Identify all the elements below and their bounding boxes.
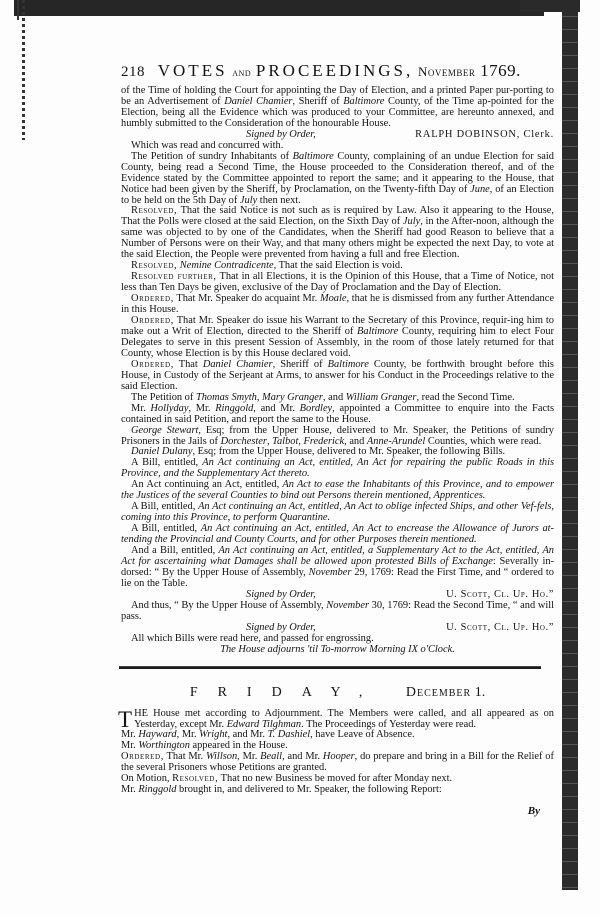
paragraph-ordered-chamier: Ordered, That Daniel Chamier, Sheriff of… xyxy=(121,360,554,393)
bill-quarantine: A Bill, entitled, An Act continuing an A… xyxy=(121,502,554,524)
paragraph-resolved-further: Resolved further, That in all Elections,… xyxy=(121,272,554,294)
section-divider xyxy=(119,666,541,669)
title-proceedings: PROCEEDINGS, xyxy=(256,61,413,80)
bill-roads: A Bill, entitled, An Act continuing an A… xyxy=(121,458,554,480)
bill-jurors: A Bill, entitled, An Act continuing an A… xyxy=(121,524,554,546)
paragraph-continuation: of the Time of holding the Court for app… xyxy=(121,86,554,130)
paragraph-ringgold-report: Mr. Ringgold brought in, and delivered t… xyxy=(121,785,554,796)
title-and: and xyxy=(232,67,251,79)
signatory: RALPH DOBINSON, Clerk. xyxy=(405,130,554,141)
running-head: 218 VOTES and PROCEEDINGS, November 1769… xyxy=(121,60,554,82)
body-text: of the Time of holding the Court for app… xyxy=(121,86,554,656)
paragraph-ordered-moale: Ordered, That Mr. Speaker do acquaint Mr… xyxy=(121,294,554,316)
day-heading: FRIDAY, December 1. xyxy=(121,685,554,701)
paragraph-ordered-prisoners: Ordered, That Mr. Willson, Mr. Beall, an… xyxy=(121,752,554,774)
header-year: 1769. xyxy=(480,61,521,80)
scan-border-right xyxy=(562,10,578,890)
page-number: 218 xyxy=(121,64,145,80)
drop-cap: T xyxy=(118,710,132,730)
day-month: December xyxy=(406,685,471,700)
paragraph-stewart: George Stewart, Esq; from the Upper Hous… xyxy=(121,426,554,448)
paragraph-second-reading: And thus, “ By the Upper House of Assemb… xyxy=(121,601,554,623)
document-page: 218 VOTES and PROCEEDINGS, November 1769… xyxy=(121,60,554,817)
adjournment-line: The House adjourns 'til To-morrow Mornin… xyxy=(121,645,554,656)
paragraph-petition: The Petition of sundry Inhabitants of Ba… xyxy=(121,152,554,207)
title-votes: VOTES xyxy=(158,61,228,80)
signature-line-scott-2: Signed by Order,U. Scott, Cl. Up. Ho.” xyxy=(121,623,554,634)
day-date: 1. xyxy=(475,685,486,700)
day-name: FRIDAY, xyxy=(190,685,383,700)
scan-border-top xyxy=(14,0,544,16)
bill-exchange: And a Bill, entitled, An Act continuing … xyxy=(121,546,554,590)
catchword: By xyxy=(121,806,554,817)
bill-apprentices: An Act continuing an Act, entitled, An A… xyxy=(121,480,554,502)
scan-border-left xyxy=(22,0,25,140)
paragraph-house-met: THE House met according to Adjournment. … xyxy=(121,709,554,731)
header-month: November xyxy=(418,64,475,79)
scan-border-left-mark xyxy=(17,0,19,20)
paragraph-committee: Mr. Hollyday, Mr. Ringgold, and Mr. Bord… xyxy=(121,404,554,426)
body-text-friday: THE House met according to Adjournment. … xyxy=(121,709,554,818)
paragraph-resolved-notice: Resolved, That the said Notice is not su… xyxy=(121,206,554,261)
paragraph-ordered-writ: Ordered, That Mr. Speaker do issue his W… xyxy=(121,316,554,360)
